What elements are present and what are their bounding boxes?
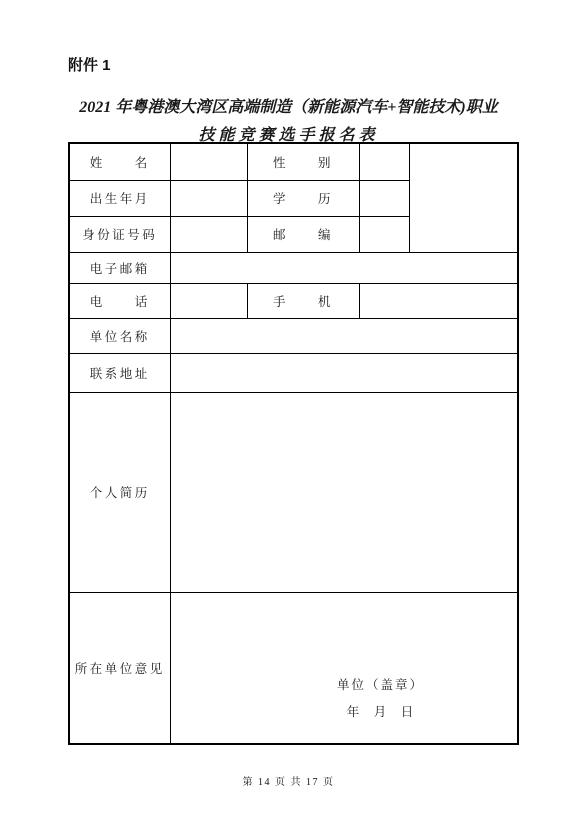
- label-phone: 电 话: [69, 283, 170, 318]
- label-email: 电子邮箱: [69, 252, 170, 283]
- label-unit-opinion: 所在单位意见: [69, 592, 170, 744]
- page-number-footer: 第 14 页 共 17 页: [0, 773, 577, 788]
- gender-value-cell: [359, 143, 409, 180]
- table-row: 电子邮箱: [69, 252, 518, 283]
- photo-cell: [409, 143, 518, 252]
- phone-value-cell: [170, 283, 247, 318]
- stamp-block: 单位（盖章） 年 月 日: [337, 675, 424, 720]
- label-birth-date: 出生年月: [69, 180, 170, 216]
- education-value-cell: [359, 180, 409, 216]
- label-postal-code: 邮 编: [247, 216, 359, 252]
- postal-code-value-cell: [359, 216, 409, 252]
- label-id-number: 身份证号码: [69, 216, 170, 252]
- table-row: 姓 名 性 别: [69, 143, 518, 180]
- form-title-line1: 2021 年粤港澳大湾区高端制造（新能源汽车+智能技术)职业: [0, 94, 577, 117]
- table-row: 所在单位意见 单位（盖章） 年 月 日: [69, 592, 518, 744]
- name-value-cell: [170, 143, 247, 180]
- table-row: 单位名称: [69, 318, 518, 353]
- label-contact-address: 联系地址: [69, 353, 170, 392]
- attachment-label: 附件 1: [68, 54, 111, 75]
- label-unit-name: 单位名称: [69, 318, 170, 353]
- label-resume: 个人简历: [69, 392, 170, 592]
- label-education: 学 历: [247, 180, 359, 216]
- label-gender: 性 别: [247, 143, 359, 180]
- table-row: 电 话 手 机: [69, 283, 518, 318]
- label-name: 姓 名: [69, 143, 170, 180]
- email-value-cell: [170, 252, 518, 283]
- unit-opinion-value-cell: 单位（盖章） 年 月 日: [170, 592, 518, 744]
- unit-name-value-cell: [170, 318, 518, 353]
- resume-value-cell: [170, 392, 518, 592]
- document-page: 附件 1 2021 年粤港澳大湾区高端制造（新能源汽车+智能技术)职业 技能竞赛…: [0, 0, 577, 824]
- table-row: 联系地址: [69, 353, 518, 392]
- date-label: 年 月 日: [337, 702, 424, 720]
- mobile-value-cell: [359, 283, 518, 318]
- registration-table: 姓 名 性 别 出生年月 学 历 身份证号码 邮 编 电子邮箱: [68, 142, 519, 745]
- birth-date-value-cell: [170, 180, 247, 216]
- table-row: 个人简历: [69, 392, 518, 592]
- id-number-value-cell: [170, 216, 247, 252]
- contact-address-value-cell: [170, 353, 518, 392]
- label-mobile: 手 机: [247, 283, 359, 318]
- unit-seal-label: 单位（盖章）: [337, 675, 424, 693]
- form-title: 2021 年粤港澳大湾区高端制造（新能源汽车+智能技术)职业 技能竞赛选手报名表: [0, 94, 577, 145]
